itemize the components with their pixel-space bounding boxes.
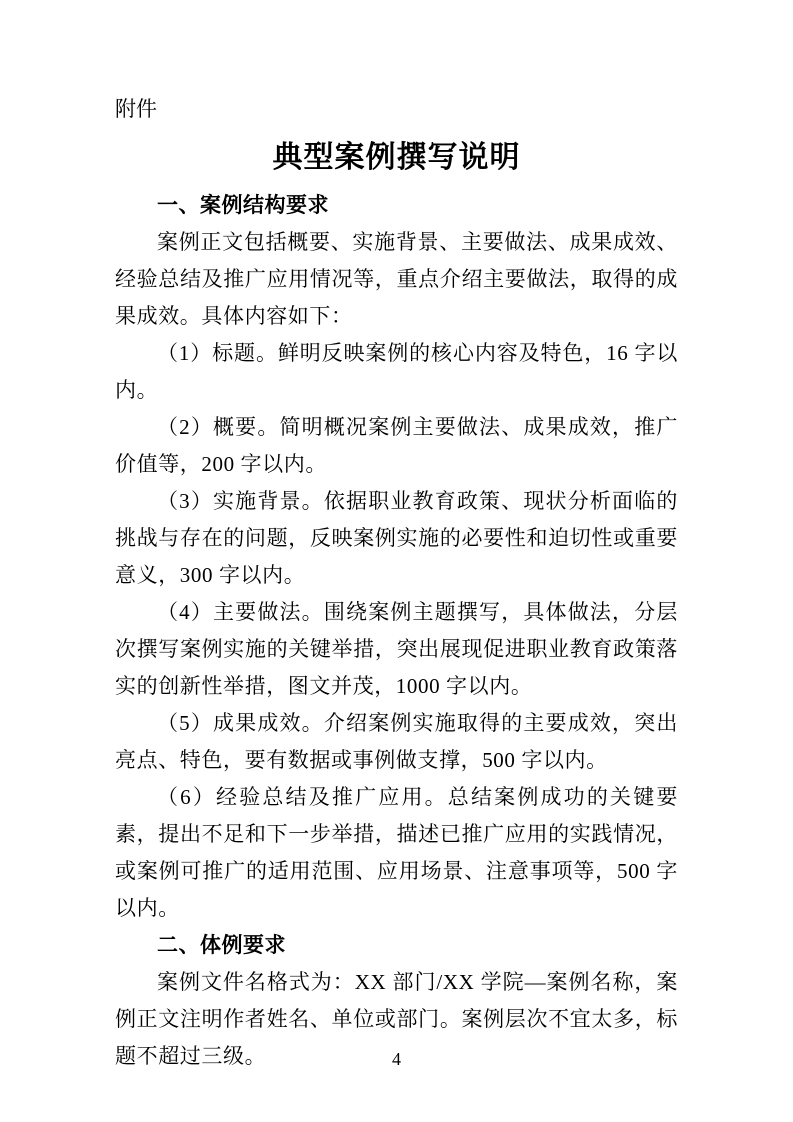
document-title: 典型案例撰写说明	[115, 137, 678, 179]
paragraph-item-1-title: （1）标题。鲜明反映案例的核心内容及特色，16 字以内。	[115, 335, 678, 409]
page-number: 4	[0, 1048, 793, 1070]
paragraph-item-4-main-practices: （4）主要做法。围绕案例主题撰写，具体做法，分层次撰写案例实施的关键举措，突出展…	[115, 594, 678, 705]
paragraph-intro: 案例正文包括概要、实施背景、主要做法、成果成效、经验总结及推广应用情况等，重点介…	[115, 224, 678, 335]
paragraph-item-2-summary: （2）概要。简明概况案例主要做法、成果成效，推广价值等，200 字以内。	[115, 409, 678, 483]
attachment-label: 附件	[115, 95, 678, 123]
paragraph-item-5-results: （5）成果成效。介绍案例实施取得的主要成效，突出亮点、特色，要有数据或事例做支撑…	[115, 705, 678, 779]
paragraph-item-3-background: （3）实施背景。依据职业教育政策、现状分析面临的挑战与存在的问题，反映案例实施的…	[115, 483, 678, 594]
section-heading-structure-requirements: 一、案例结构要求	[115, 187, 678, 224]
document-page: 附件 典型案例撰写说明 一、案例结构要求 案例正文包括概要、实施背景、主要做法、…	[0, 0, 793, 1122]
paragraph-item-6-experience: （6）经验总结及推广应用。总结案例成功的关键要素，提出不足和下一步举措，描述已推…	[115, 779, 678, 927]
section-heading-style-requirements: 二、体例要求	[115, 927, 678, 964]
